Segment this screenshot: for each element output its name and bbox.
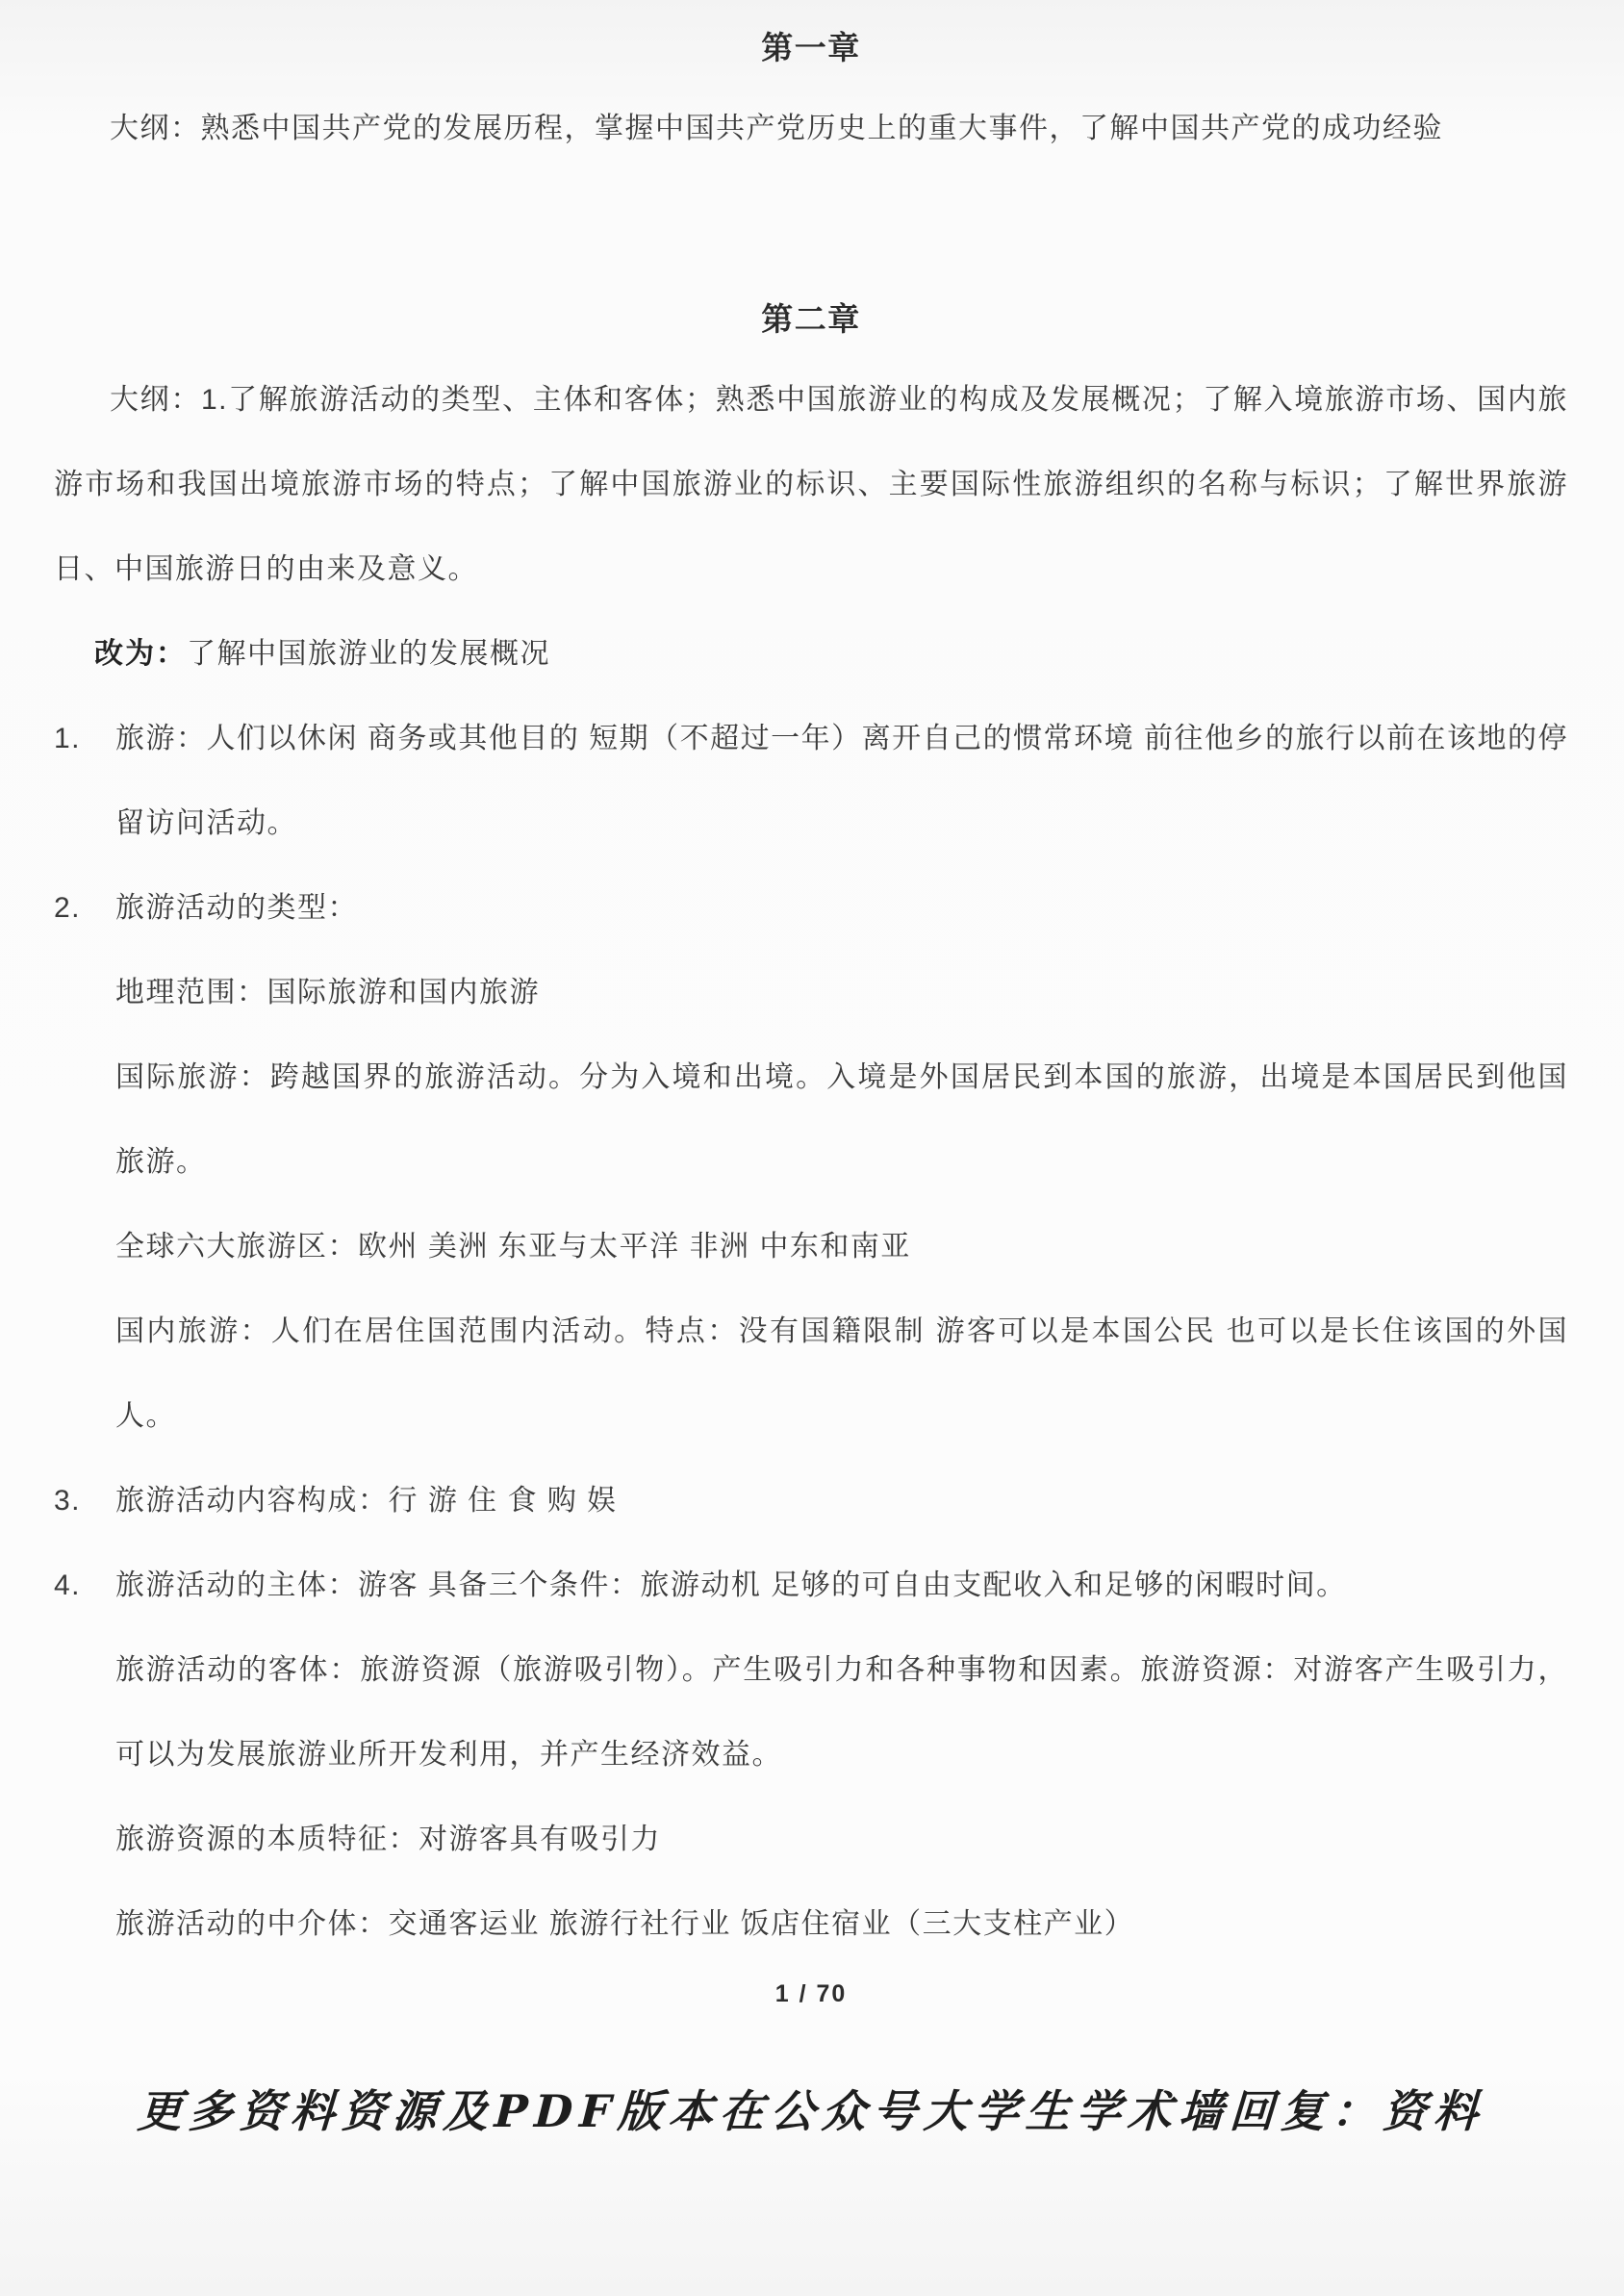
footer-watermark-text: 更多资料资源及PDF版本在公众号大学生学术墙回复：资料 (52, 2082, 1569, 2140)
list-item-paragraph: 旅游活动的中介体：交通客运业 旅游行社行业 饭店住宿业（三大支柱产业） (115, 1882, 1568, 1967)
list-item-paragraph: 全球六大旅游区：欧州 美洲 东亚与太平洋 非洲 中东和南亚 (115, 1205, 1568, 1289)
document-page: 第一章 大纲：熟悉中国共产党的发展历程，掌握中国共产党历史上的重大事件，了解中国… (0, 0, 1624, 2296)
list-item-paragraph: 地理范围：国际旅游和国内旅游 (115, 951, 1568, 1035)
list-item-paragraph: 国内旅游：人们在居住国范围内活动。特点：没有国籍限制 游客可以是本国公民 也可以… (115, 1289, 1568, 1459)
chapter1-outline: 大纲：熟悉中国共产党的发展历程，掌握中国共产党历史上的重大事件，了解中国共产党的… (54, 87, 1568, 171)
page-number: 1 / 70 (54, 1977, 1568, 2011)
list-item: 4. 旅游活动的主体：游客 具备三个条件：旅游动机 足够的可自由支配收入和足够的… (54, 1543, 1568, 1967)
list-item-paragraph: 旅游资源的本质特征：对游客具有吸引力 (115, 1798, 1568, 1882)
list-item-number: 1. (54, 697, 115, 781)
list-item-paragraph: 国际旅游：跨越国界的旅游活动。分为入境和出境。入境是外国居民到本国的旅游，出境是… (115, 1035, 1568, 1205)
list-item-paragraph: 旅游活动的类型： (115, 866, 1568, 951)
list-item-paragraph: 旅游活动的客体：旅游资源（旅游吸引物）。产生吸引力和各种事物和因素。旅游资源：对… (115, 1628, 1568, 1798)
revision-label: 改为： (94, 638, 187, 670)
chapter2-outline: 大纲：1.了解旅游活动的类型、主体和客体；熟悉中国旅游业的构成及发展概况；了解入… (54, 358, 1568, 612)
revision-line: 改为：了解中国旅游业的发展概况 (54, 612, 1568, 697)
chapter2-title: 第二章 (54, 294, 1568, 344)
list-item-paragraph: 旅游活动的主体：游客 具备三个条件：旅游动机 足够的可自由支配收入和足够的闲暇时… (115, 1543, 1568, 1628)
list-item: 3. 旅游活动内容构成：行 游 住 食 购 娱 (54, 1459, 1568, 1543)
list-item-number: 4. (54, 1543, 115, 1628)
revision-text: 了解中国旅游业的发展概况 (187, 638, 550, 670)
chapter1-title: 第一章 (54, 23, 1568, 73)
section-spacer (54, 171, 1568, 294)
list-item-paragraph: 旅游：人们以休闲 商务或其他目的 短期（不超过一年）离开自己的惯常环境 前往他乡… (115, 697, 1568, 866)
list-item: 1. 旅游：人们以休闲 商务或其他目的 短期（不超过一年）离开自己的惯常环境 前… (54, 697, 1568, 866)
list-item-number: 3. (54, 1459, 115, 1543)
list-item: 2. 旅游活动的类型： 地理范围：国际旅游和国内旅游 国际旅游：跨越国界的旅游活… (54, 866, 1568, 1459)
list-item-number: 2. (54, 866, 115, 951)
list-item-paragraph: 旅游活动内容构成：行 游 住 食 购 娱 (115, 1459, 1568, 1543)
